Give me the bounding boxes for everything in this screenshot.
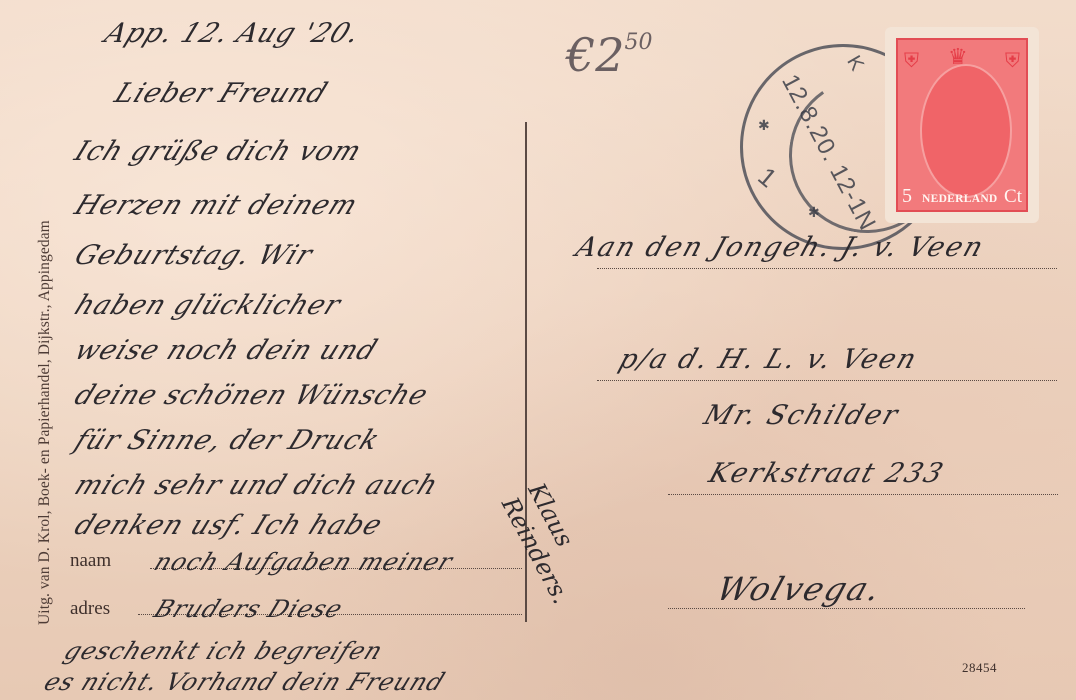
message-line: mich sehr und dich auch xyxy=(70,470,443,501)
address-label: adres xyxy=(70,598,110,620)
postage-stamp: ⛨ ♛ ⛨ 5 NEDERLAND Ct xyxy=(888,30,1036,220)
message-line: Lieber Freund xyxy=(110,78,333,109)
stamp-queen-wilhelmina-icon: ⛨ ♛ ⛨ 5 NEDERLAND Ct xyxy=(896,38,1028,212)
message-line: noch Aufgaben meiner xyxy=(150,548,458,576)
coat-of-arms-icon: ⛨ xyxy=(904,50,919,73)
address-line: Mr. Schilder xyxy=(700,400,903,431)
address-dotted-line xyxy=(597,268,1057,269)
postmark-star-icon: ✱ xyxy=(758,118,770,135)
queen-portrait-icon xyxy=(920,64,1012,198)
stamp-unit: Ct xyxy=(1004,186,1022,208)
address-dotted-line xyxy=(668,608,1025,609)
coat-of-arms-icon: ⛨ xyxy=(1005,50,1020,73)
price-cents: 50 xyxy=(625,30,653,55)
serial-number: 28454 xyxy=(962,660,997,676)
message-line: App. 12. Aug '20. xyxy=(100,18,365,49)
address-line: p/a d. H. L. v. Veen xyxy=(615,344,922,375)
stamp-country: NEDERLAND xyxy=(922,193,998,205)
message-line: deine schönen Wünsche xyxy=(70,380,433,411)
message-line: für Sinne, der Druck xyxy=(70,425,385,456)
address-dotted-line xyxy=(597,380,1057,381)
message-line: geschenkt ich begreifen xyxy=(60,637,388,665)
address-dotted-line xyxy=(668,494,1058,495)
message-line: es nicht. Vorhand dein Freund xyxy=(40,668,450,696)
publisher-imprint: Uitg. van D. Krol, Boek- en Papierhandel… xyxy=(36,220,54,625)
message-line: denken usf. Ich habe xyxy=(70,510,387,541)
name-label: naam xyxy=(70,550,111,572)
message-line: weise noch dein und xyxy=(70,335,382,366)
postcard-back: Uitg. van D. Krol, Boek- en Papierhandel… xyxy=(0,0,1076,700)
price-note: €250 xyxy=(566,28,653,82)
price-main: €2 xyxy=(566,28,625,82)
sender-signature: Klaus Reinders. xyxy=(495,478,603,609)
message-line: Herzen mit deinem xyxy=(70,190,363,221)
address-line: Kerkstraat 233 xyxy=(705,458,949,489)
postmark-star-icon: ✱ xyxy=(808,205,820,222)
address-line: Aan den Jongeh. J. v. Veen xyxy=(572,232,989,263)
stamp-value: 5 xyxy=(902,185,912,208)
message-line: Bruders Diese xyxy=(150,595,348,623)
address-line: Wolvega. xyxy=(712,570,887,608)
message-line: Geburtstag. Wir xyxy=(70,240,318,271)
message-line: Ich grüße dich vom xyxy=(70,136,367,167)
message-line: haben glücklicher xyxy=(70,290,346,321)
